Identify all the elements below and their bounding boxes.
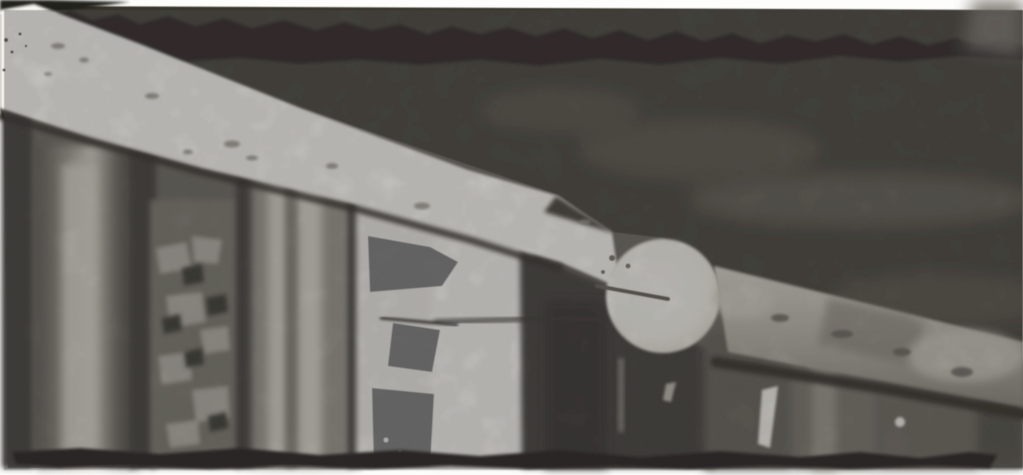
mine-photo <box>0 0 1023 475</box>
photo-group <box>0 0 1023 470</box>
film-grain-light <box>4 10 1023 470</box>
page <box>0 0 1023 475</box>
